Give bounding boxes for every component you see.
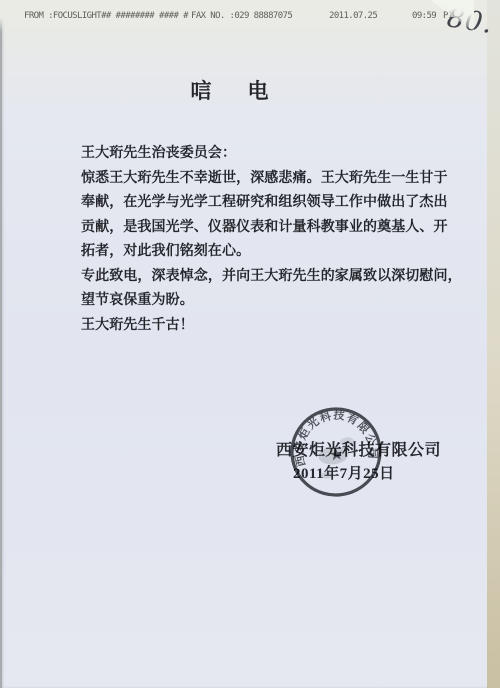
seal-ink-smudge (321, 471, 334, 479)
fax-station-marks: #### # (159, 11, 188, 21)
letter-line: 拓者，对此我们铭刻在心。 (81, 240, 446, 265)
letter-closing: 王大珩先生千古！ (81, 314, 446, 339)
fax-date: 2011.07.25 (329, 11, 377, 21)
fax-number-label: FAX NO. :029 88887075 (191, 11, 292, 21)
letter-body: 王大珩先生治丧委员会： 惊悉王大珩先生不幸逝世，深感悲痛。王大珩先生一生甘于 奉… (81, 142, 446, 338)
company-seal-stamp: 西安炬光科技有限公司 ★ (282, 399, 389, 505)
scanned-page: FROM :FOCUSLIGHT## ######## #### # FAX N… (0, 0, 487, 688)
fax-header: FROM :FOCUSLIGHT## ######## #### # FAX N… (0, 11, 500, 25)
letter-salutation: 王大珩先生治丧委员会： (81, 142, 446, 167)
fax-time: 09:59 (412, 11, 436, 21)
title-char-1: 唁 (191, 75, 212, 105)
letter-line: 惊悉王大珩先生不幸逝世，深感悲痛。王大珩先生一生甘于 (81, 167, 446, 192)
letter-line: 贡献，是我国光学、仪器仪表和计量科教事业的奠基人、开 (81, 216, 446, 241)
fax-from-label: FROM :FOCUSLIGHT## ######## (24, 11, 154, 21)
letter-title: 唁 电 (0, 75, 473, 105)
letter-line: 专此致电，深表悼念，并向王大珩先生的家属致以深切慰问， (81, 265, 446, 290)
title-char-2: 电 (248, 75, 269, 105)
letter-line: 望节哀保重为盼。 (81, 289, 446, 314)
letter-line: 奉献，在光学与光学工程研究和组织领导工作中做出了杰出 (81, 191, 446, 216)
